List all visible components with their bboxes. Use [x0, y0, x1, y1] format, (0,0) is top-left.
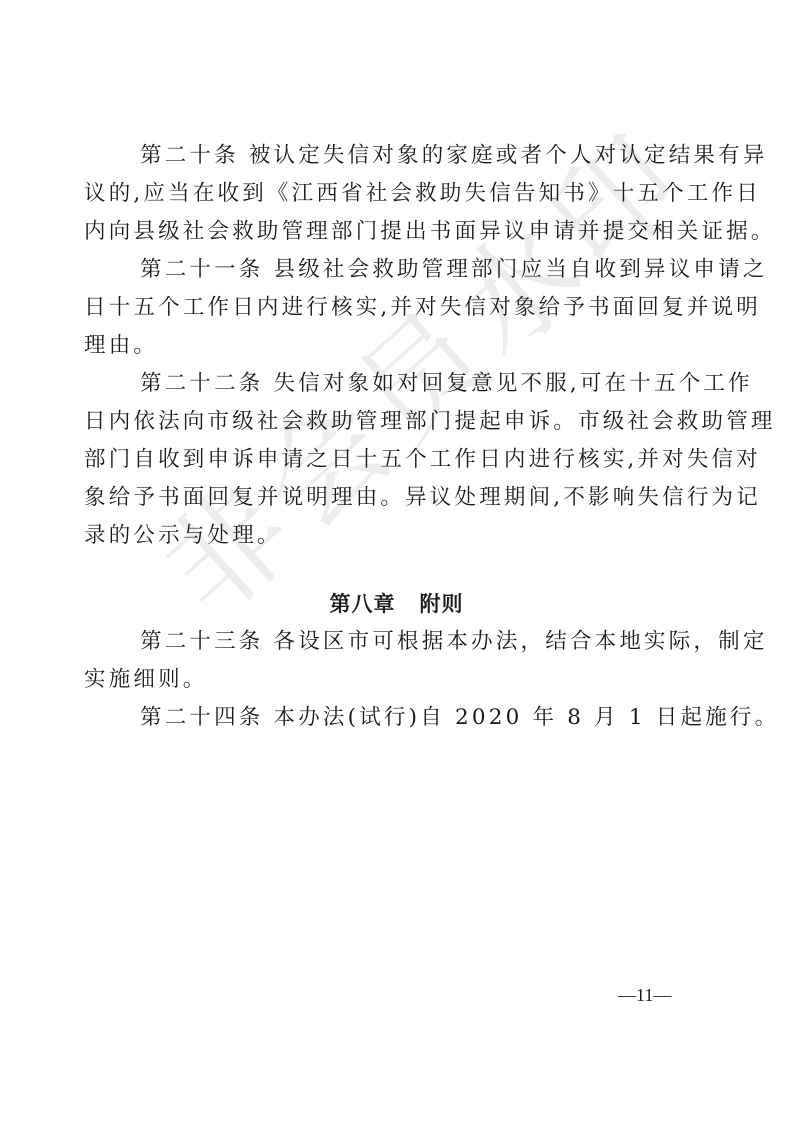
article-20-line-1: 第二十条 被认定失信对象的家庭或者个人对认定结果有异: [140, 142, 760, 170]
document-page: 非会员水印 第二十条 被认定失信对象的家庭或者个人对认定结果有异 议的,应当在收…: [0, 0, 793, 1123]
article-21-line-2: 日十五个工作日内进行核实,并对失信对象给予书面回复并说明: [84, 294, 704, 322]
page-number: —11—: [618, 985, 671, 1006]
article-24-line-1: 第二十四条 本办法(试行)自 2020 年 8 月 1 日起施行。: [140, 704, 760, 732]
article-20-line-3: 内向县级社会救助管理部门提出书面异议申请并提交相关证据。: [84, 218, 704, 246]
chapter-number: 第八章: [330, 592, 396, 616]
article-21-line-3: 理由。: [84, 332, 704, 360]
article-22-line-3: 部门自收到申诉申请之日十五个工作日内进行核实,并对失信对: [84, 446, 704, 474]
article-22-line-2: 日内依法向市级社会救助管理部门提起申诉。市级社会救助管理: [84, 408, 704, 436]
article-23-line-2: 实施细则。: [84, 666, 704, 694]
article-22-line-4: 象给予书面回复并说明理由。异议处理期间,不影响失信行为记: [84, 484, 704, 512]
chapter-8-heading: 第八章附则: [0, 588, 793, 618]
chapter-title: 附则: [420, 592, 464, 616]
article-22-line-5: 录的公示与处理。: [84, 522, 704, 550]
article-23-line-1: 第二十三条 各设区市可根据本办法，结合本地实际，制定: [140, 628, 760, 656]
article-22-line-1: 第二十二条 失信对象如对回复意见不服,可在十五个工作: [140, 370, 760, 398]
article-21-line-1: 第二十一条 县级社会救助管理部门应当自收到异议申请之: [140, 256, 760, 284]
article-20-line-2: 议的,应当在收到《江西省社会救助失信告知书》十五个工作日: [84, 180, 704, 208]
